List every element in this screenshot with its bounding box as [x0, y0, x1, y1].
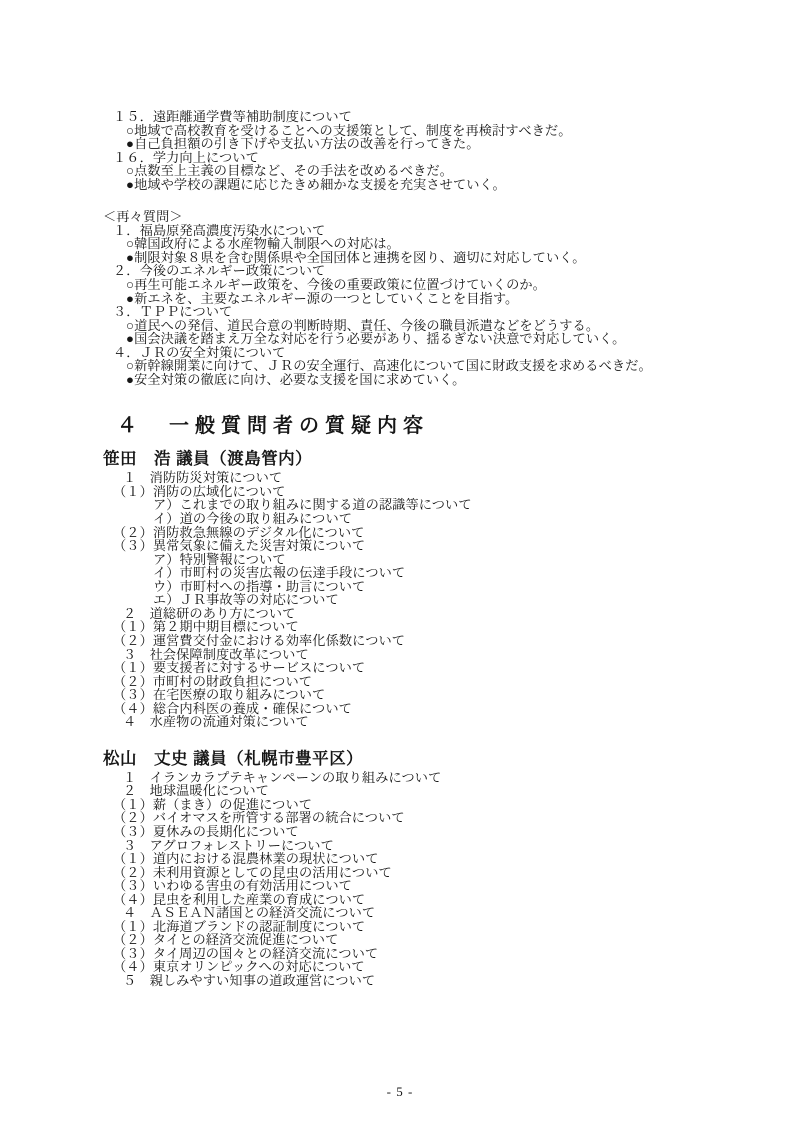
document-page: １５．遠距離通学費等補助制度について○地域で高校教育を受けることへの支援策として… — [0, 0, 800, 1131]
document-line: ＜再々質問＞ — [103, 210, 763, 224]
question-topic-line: ５ 親しみやすい知事の道政運営について — [103, 974, 763, 988]
question-topic-line: （２）運営費交付金における効率化係数について — [103, 634, 763, 648]
document-line: ○点数至上主義の目標など、その手法を改めるべきだ。 — [103, 164, 763, 178]
page-number: - 5 - — [0, 1084, 800, 1100]
question-topic-line: ４ ＡＳＥＡＮ諸国との経済交流について — [103, 906, 763, 920]
question-topic-line: （１）北海道ブランドの認証制度について — [103, 920, 763, 934]
question-topic-line: （３）在宅医療の取り組みについて — [103, 688, 763, 702]
question-topic-line: （３）異常気象に備えた災害対策について — [103, 539, 763, 553]
document-line: ●安全対策の徹底に向け、必要な支援を国に求めていく。 — [103, 373, 763, 387]
document-line: ３．ＴＰＰについて — [103, 305, 763, 319]
question-topic-line: （４）昆虫を利用した産業の育成について — [103, 893, 763, 907]
speaker-heading-sasada: 笹田 浩 議員（渡島管内） — [103, 450, 763, 469]
document-line: ●新エネを、主要なエネルギー源の一つとしていくことを目指す。 — [103, 292, 763, 306]
document-line: ○新幹線開業に向けて、ＪＲの安全運行、高速化について国に財政支援を求めるべきだ。 — [103, 359, 763, 373]
document-line: ●国会決議を踏まえ万全な対応を行う必要があり、揺るぎない決意で対応していく。 — [103, 332, 763, 346]
question-topic-line: ２ 地球温暖化について — [103, 784, 763, 798]
question-topic-line: ４ 水産物の流通対策について — [103, 715, 763, 729]
question-topic-line: （２）タイとの経済交流促進について — [103, 933, 763, 947]
speaker-items-sasada: １ 消防防災対策について（１）消防の広域化についてア）これまでの取り組みに関する… — [103, 471, 763, 728]
re-re-question-block: ＜再々質問＞１．福島原発高濃度汚染水について○韓国政府による水産物輸入制限への対… — [103, 210, 763, 386]
question-topic-line: １ 消防防災対策について — [103, 471, 763, 485]
question-topic-line: （４）東京オリンピックへの対応について — [103, 960, 763, 974]
question-topic-line: ア）これまでの取り組みに関する道の認識等について — [103, 498, 763, 512]
question-topic-line: （２）バイオマスを所管する部署の統合について — [103, 811, 763, 825]
question-topic-line: （１）第２期中期目標について — [103, 620, 763, 634]
speaker-heading-matsuyama: 松山 丈史 議員（札幌市豊平区） — [103, 750, 763, 769]
document-line: ●自己負担額の引き下げや支払い方法の改善を行ってきた。 — [103, 137, 763, 151]
question-topic-line: （３）いわゆる害虫の有効活用について — [103, 879, 763, 893]
document-line: １５．遠距離通学費等補助制度について — [103, 110, 763, 124]
question-topic-line: エ）ＪＲ事故等の対応について — [103, 593, 763, 607]
document-line: ●地域や学校の課題に応じたきめ細かな支援を充実させていく。 — [103, 178, 763, 192]
document-line: ○再生可能エネルギー政策を、今後の重要政策に位置づけていくのか。 — [103, 278, 763, 292]
question-topic-line: ３ 社会保障制度改革について — [103, 648, 763, 662]
question-topic-line: イ）道の今後の取り組みについて — [103, 512, 763, 526]
document-line: ２．今後のエネルギー政策について — [103, 264, 763, 278]
document-content: １５．遠距離通学費等補助制度について○地域で高校教育を受けることへの支援策として… — [103, 110, 763, 988]
speaker-items-matsuyama: １ イランカラプテキャンペーンの取り組みについて２ 地球温暖化について（１）薪（… — [103, 771, 763, 988]
document-line: ○韓国政府による水産物輸入制限への対応は。 — [103, 237, 763, 251]
question-topic-line: （１）道内における混農林業の現状について — [103, 852, 763, 866]
question-topic-line: イ）市町村の災害広報の伝達手段について — [103, 566, 763, 580]
question-topic-line: （３）夏休みの長期化について — [103, 825, 763, 839]
requestion-continuation-block: １５．遠距離通学費等補助制度について○地域で高校教育を受けることへの支援策として… — [103, 110, 763, 191]
section-heading: ４ 一般質問者の質疑内容 — [117, 413, 763, 439]
question-topic-line: （１）要支援者に対するサービスについて — [103, 661, 763, 675]
